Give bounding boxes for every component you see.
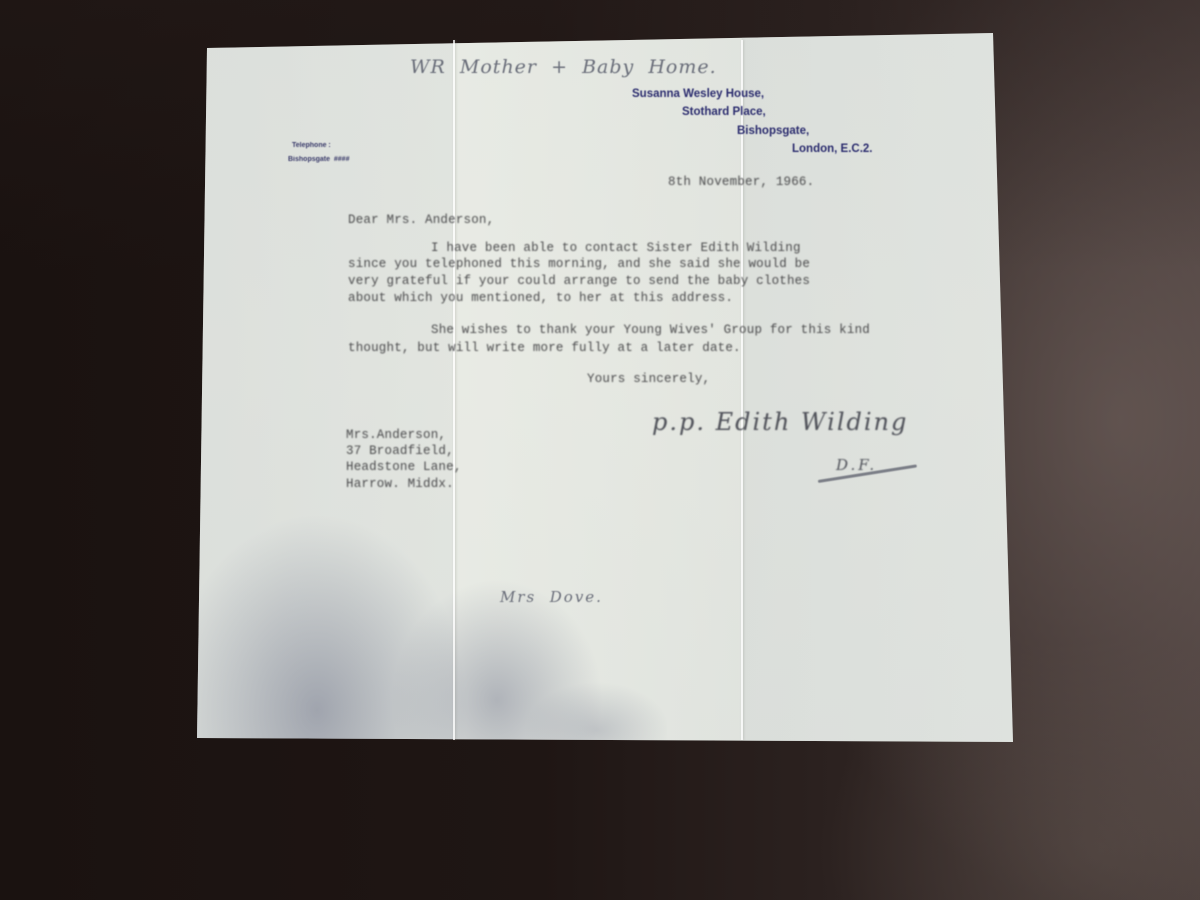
recipient-address-line-1: Mrs.Anderson, — [346, 427, 446, 443]
body-line-5: She wishes to thank your Young Wives' Gr… — [431, 322, 870, 338]
recipient-address-line-4: Harrow. Middx. — [346, 476, 454, 492]
body-line-2: since you telephoned this morning, and s… — [348, 256, 810, 272]
letterhead-line-1: Susanna Wesley House, — [632, 88, 764, 100]
body-line-6: thought, but will write more fully at a … — [348, 340, 741, 356]
photographer-shadow — [197, 480, 667, 740]
fold-line-left — [453, 40, 455, 740]
body-line-1: I have been able to contact Sister Edith… — [431, 240, 801, 256]
pencil-note-bottom: Mrs Dove. — [500, 588, 603, 606]
fold-line-right — [741, 40, 743, 740]
letterhead-line-3: Bishopsgate, — [737, 125, 809, 137]
body-line-4: about which you mentioned, to her at thi… — [348, 290, 733, 306]
recipient-address-line-2: 37 Broadfield, — [346, 443, 454, 459]
closing: Yours sincerely, — [587, 371, 710, 387]
telephone-number: Bishopsgate #### — [288, 156, 349, 163]
pencil-note-top: WR Mother + Baby Home. — [410, 56, 717, 78]
recipient-address-line-3: Headstone Lane, — [346, 459, 462, 475]
salutation: Dear Mrs. Anderson, — [348, 212, 494, 228]
paper-panel-middle — [453, 0, 742, 900]
body-line-3: very grateful if your could arrange to s… — [348, 273, 810, 289]
letter-date: 8th November, 1966. — [668, 174, 814, 190]
signature: p.p. Edith Wilding — [652, 408, 908, 436]
telephone-label: Telephone : — [292, 142, 331, 149]
letterhead-line-2: Stothard Place, — [682, 106, 766, 118]
letterhead-line-4: London, E.C.2. — [792, 143, 873, 155]
letter-paper — [0, 0, 1200, 900]
